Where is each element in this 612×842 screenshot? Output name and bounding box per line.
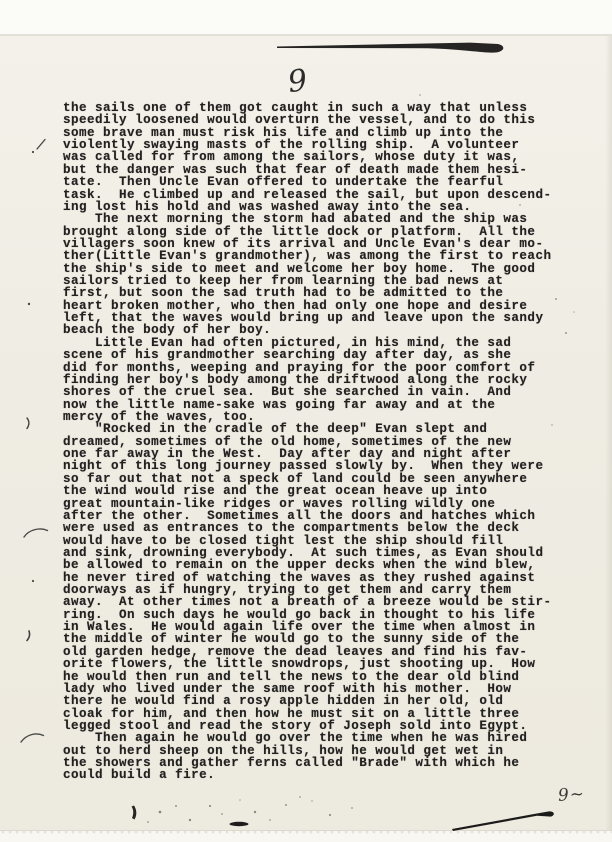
typewritten-line: tate. Then Uncle Evan offered to underta…	[63, 176, 551, 188]
typewritten-line: beach the body of her boy.	[63, 324, 551, 336]
typewritten-line: The next morning the storm had abated an…	[63, 213, 551, 225]
typewritten-line: the wind would rise and the great ocean …	[63, 485, 551, 497]
typewritten-line: great mountain-like ridges or waves roll…	[63, 498, 551, 510]
typewritten-line: "Rocked in the cradle of the deep" Evan …	[63, 423, 551, 435]
typewritten-line: the middle of winter he would go to the …	[63, 633, 551, 645]
typewritten-text-block: the sails one of them got caught in such…	[63, 102, 551, 782]
typewritten-line: ther(Little Evan's grandmother), was amo…	[63, 250, 551, 262]
typewritten-line: could build a fire.	[63, 769, 551, 781]
handwritten-page-number-bottom: 9~	[557, 784, 585, 806]
typewritten-line: shores of the cruel sea. But she searche…	[63, 386, 551, 398]
typewritten-line: night of this long journey passed slowly…	[63, 460, 551, 472]
typewritten-line: speedily loosened would overturn the ves…	[63, 114, 551, 126]
typewritten-line: first, but soon the sad truth had to be …	[63, 287, 551, 299]
typewritten-line: scene of his grandmother searching day a…	[63, 349, 551, 361]
scanner-backing-top	[0, 0, 612, 35]
typewritten-line: was called for from among the sailors, w…	[63, 151, 551, 163]
typewritten-line: there he would find a rosy apple hidden …	[63, 695, 551, 707]
typewritten-line: away. At other times not a breath of a b…	[63, 596, 551, 608]
paper-right-edge-shadow	[605, 36, 612, 830]
scanned-typewritten-page: 9 the sails one of them got caught in su…	[0, 0, 612, 842]
typewritten-line: orite flowers, the little snowdrops, jus…	[63, 658, 551, 670]
handwritten-page-number-top: 9	[286, 63, 309, 100]
paper-perforated-bottom-edge	[0, 830, 612, 842]
typewritten-line: be allowed to remain on the upper decks …	[63, 559, 551, 571]
typewritten-line: Then again he would go over the time whe…	[63, 732, 551, 744]
typewritten-line: were used as entrances to the compartmen…	[63, 522, 551, 534]
